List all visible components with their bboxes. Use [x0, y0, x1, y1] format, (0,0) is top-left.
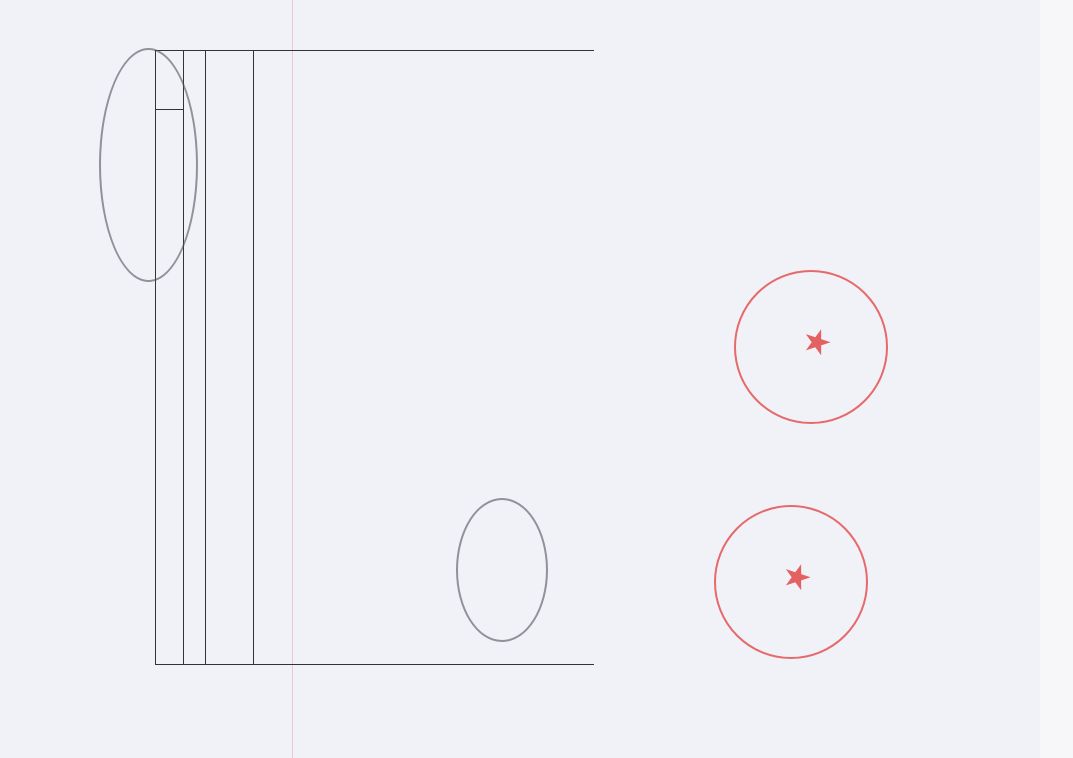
inspection-report-document: ★ ★: [0, 0, 1073, 758]
star-icon: ★: [780, 562, 814, 592]
remark-section: [205, 50, 254, 665]
red-official-stamp-1: ★: [734, 270, 888, 424]
gray-inspection-stamp-1: [456, 498, 548, 642]
star-icon: ★: [800, 327, 834, 357]
gray-inspection-stamp-2: [99, 48, 198, 282]
red-official-stamp-2: ★: [714, 505, 868, 659]
